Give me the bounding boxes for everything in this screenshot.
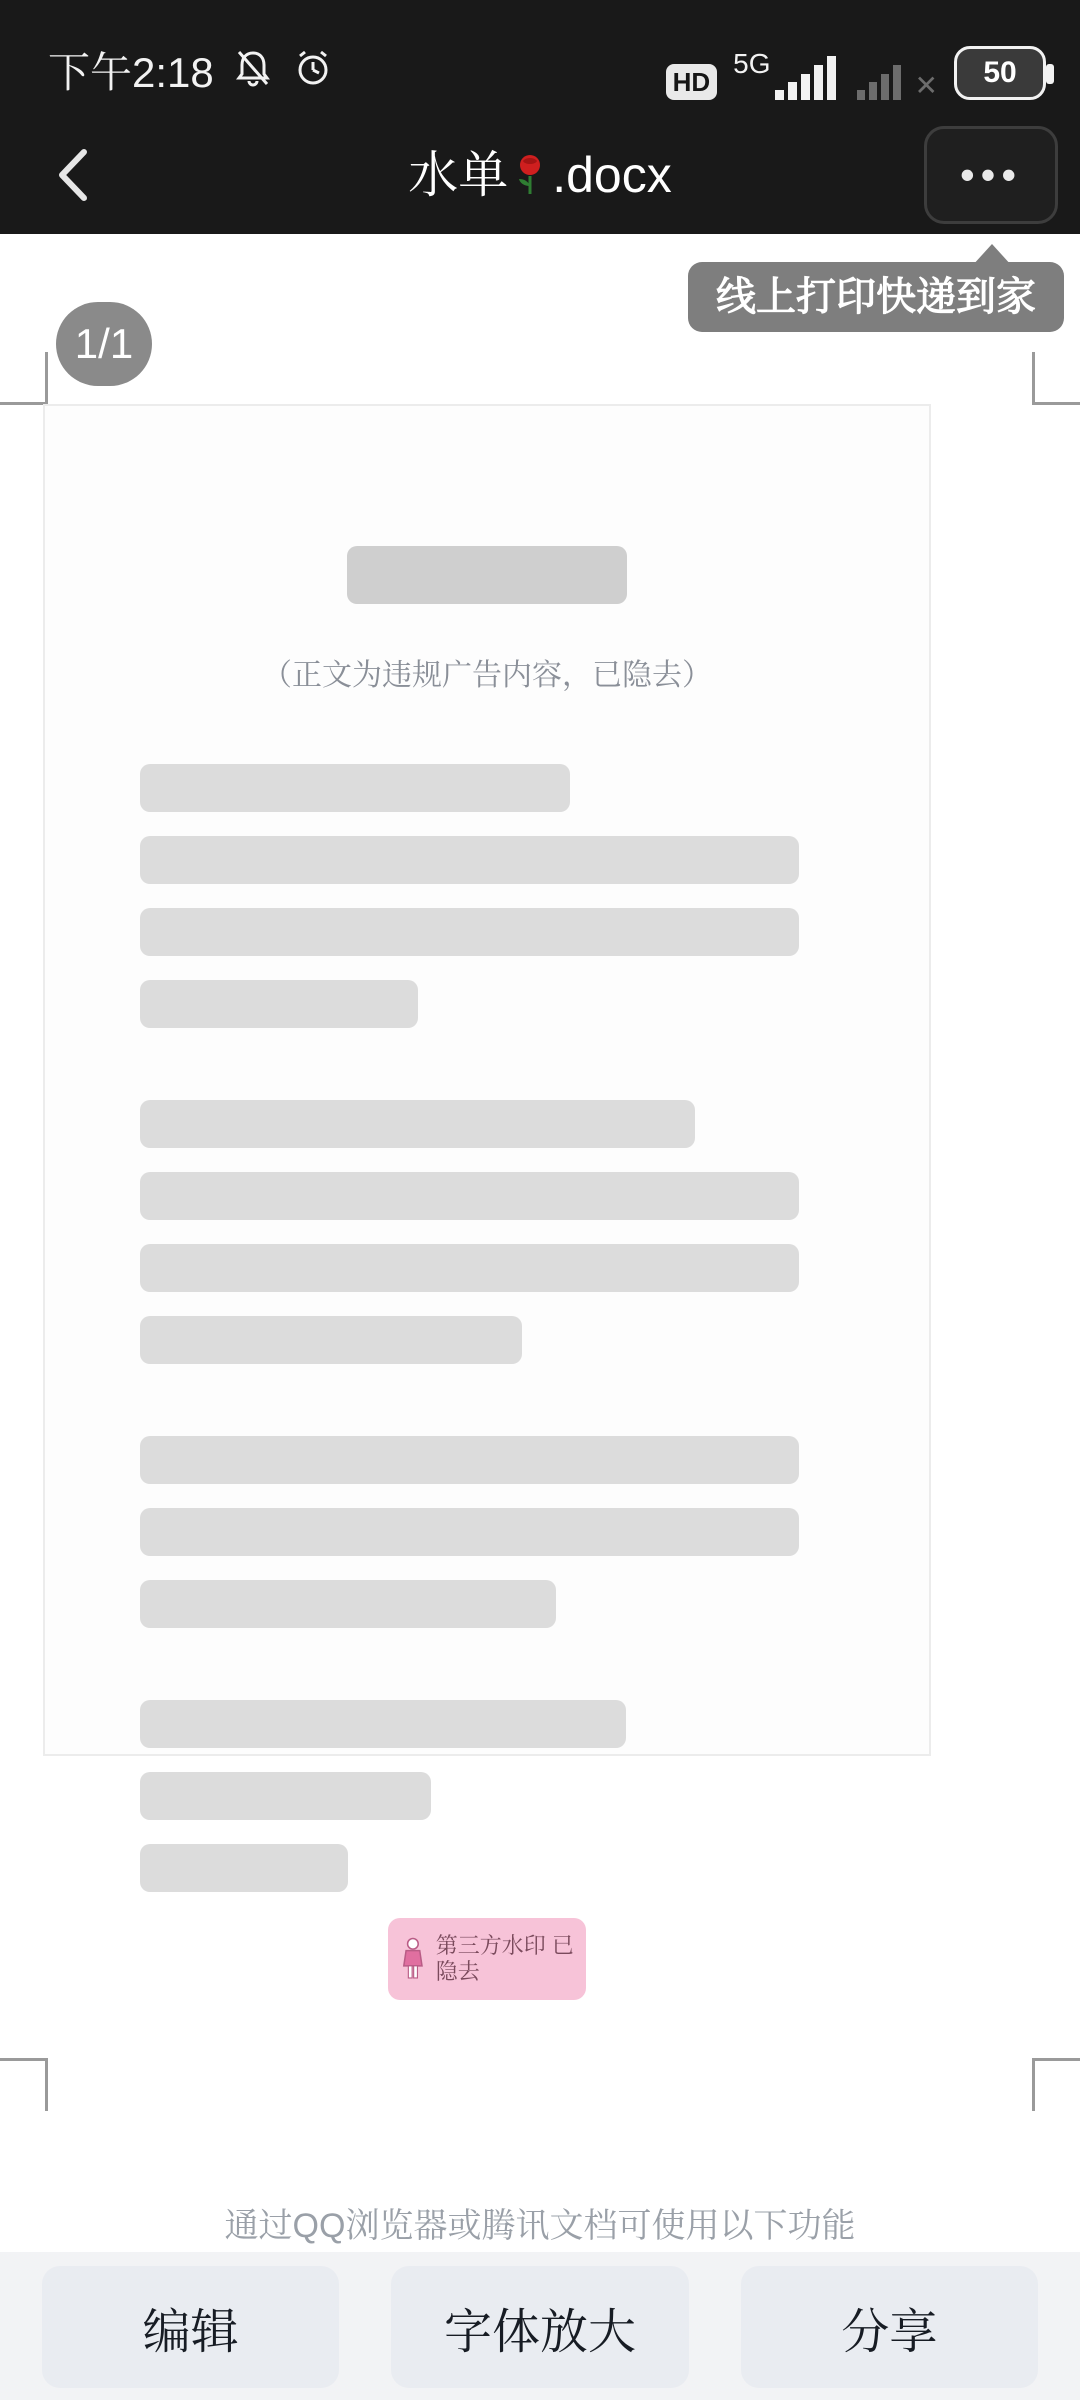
crop-corner-top-right <box>1032 352 1080 405</box>
battery-percent: 50 <box>983 56 1016 90</box>
share-button-label: 分享 <box>841 2293 937 2362</box>
print-tooltip: 线上打印快递到家 <box>688 262 1064 332</box>
edit-button[interactable]: 编辑 <box>42 2266 339 2388</box>
crop-corner-bottom-right <box>1032 2058 1080 2111</box>
clock-time: 下午2:18 <box>48 40 214 100</box>
footer-toolbar: 编辑 字体放大 分享 <box>0 2252 1080 2400</box>
edit-button-label: 编辑 <box>143 2293 239 2362</box>
signal-sim2-no-service: ✕ <box>857 52 938 100</box>
document-title-ext: .docx <box>552 147 672 203</box>
title-bar: 水单 .docx ••• <box>0 116 1080 234</box>
signal-bars-muted-icon <box>857 52 911 100</box>
tooltip-text: 线上打印快递到家 <box>716 275 1036 319</box>
share-button[interactable]: 分享 <box>741 2266 1038 2388</box>
page-indicator-text: 1/1 <box>75 320 133 368</box>
watermark-badge: 第三方水印 已隐去 <box>388 1918 586 2000</box>
alarm-clock-icon <box>292 47 334 94</box>
rose-emoji-icon <box>510 122 550 240</box>
redacted-title-bar <box>347 546 627 604</box>
mute-bell-icon <box>232 47 274 94</box>
signal-bars-icon <box>775 52 841 100</box>
tooltip-arrow <box>972 244 1012 266</box>
status-bar: 下午2:18 HD 5G <box>0 0 1080 116</box>
watermark-text: 第三方水印 已隐去 <box>436 1933 574 1986</box>
page-indicator-badge: 1/1 <box>56 302 152 386</box>
no-signal-x: ✕ <box>915 72 938 100</box>
redacted-paragraph <box>140 1100 834 1364</box>
person-figure-icon <box>400 1930 426 1988</box>
hd-volte-icon: HD <box>666 64 718 100</box>
more-options-button[interactable]: ••• <box>924 126 1058 224</box>
ellipsis-icon: ••• <box>960 151 1022 199</box>
enlarge-font-button-label: 字体放大 <box>444 2293 636 2362</box>
redacted-paragraph <box>140 764 834 1028</box>
document-title: 水单 .docx <box>0 116 1080 234</box>
redacted-paragraph <box>140 1436 834 1628</box>
network-type-label: 5G <box>733 50 770 78</box>
document-page: （正文为违规广告内容，已隐去） <box>43 404 931 1756</box>
battery-icon: 50 <box>954 46 1046 100</box>
enlarge-font-button[interactable]: 字体放大 <box>391 2266 688 2388</box>
signal-sim1: 5G <box>733 50 840 100</box>
crop-corner-top-left <box>0 352 48 405</box>
redaction-note: （正文为违规广告内容，已隐去） <box>140 650 834 694</box>
document-title-name: 水单 <box>408 147 508 203</box>
footer-hint-text: 通过QQ浏览器或腾讯文档可使用以下功能 <box>0 2198 1080 2247</box>
crop-corner-bottom-left <box>0 2058 48 2111</box>
redacted-paragraph <box>140 1700 834 1892</box>
